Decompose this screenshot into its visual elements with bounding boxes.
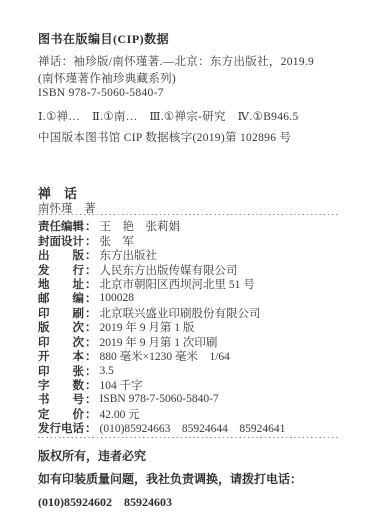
colophon-row-impression: 印 次：2019 年 9 月第 1 次印刷 [38,335,339,349]
colophon-row-price: 定 价：42.00 元 [38,407,339,421]
row-colon: ： [85,420,97,436]
colophon-row-edition: 版 次：2019 年 9 月第 1 版 [38,320,339,334]
colophon-row-sheets: 印 张：3.5 [38,363,339,377]
copyright-page: 图书在版编目(CIP)数据 禅话：袖珍版/南怀瑾著.—北京：东方出版社，2019… [0,0,375,523]
footer-service-phones: (010)85924602 85924603 [38,493,339,510]
colophon-row-postcode: 邮 编：100028 [38,291,339,305]
row-value: 104 千字 [100,377,143,393]
colophon-row-cover-design: 封面设计：张 军 [38,233,339,247]
cip-heading: 图书在版编目(CIP)数据 [38,30,339,47]
colophon-row-distributor: 发 行：人民东方出版传媒有限公司 [38,262,339,276]
colophon-row-printer: 印 刷：北京联兴盛业印刷股份有限公司 [38,306,339,320]
row-value: 3.5 [100,365,114,377]
footer-quality-notice: 如有印装质量问题，我社负责调换，请拨打电话： [38,470,339,487]
row-value: ISBN 978-7-5060-5840-7 [100,393,219,405]
cip-line-series: (南怀瑾著作袖珍典藏系列) [38,70,339,86]
colophon-row-wordcount: 字 数：104 千字 [38,378,339,392]
row-value: 北京市朝阳区西坝河北里 51 号 [100,276,255,292]
cip-line-isbn: ISBN 978-7-5060-5840-7 [38,87,339,99]
colophon-row-address: 地 址：北京市朝阳区西坝河北里 51 号 [38,277,339,291]
dotted-divider-bottom [38,437,339,439]
colophon-row-format: 开 本：880 毫米×1230 毫米 1/64 [38,349,339,363]
dotted-divider-top [38,214,339,216]
cip-line-record: 中国版本图书馆 CIP 数据核字(2019)第 102896 号 [38,129,339,145]
row-value: 880 毫米×1230 毫米 1/64 [100,348,230,364]
footer-copyright-notice: 版权所有，违者必究 [38,447,339,464]
colophon-row-publisher: 出 版：东方出版社 [38,248,339,262]
cip-line-description: 禅话：袖珍版/南怀瑾著.—北京：东方出版社，2019.9 [38,53,339,69]
colophon-row-editor: 责任编辑：王 艳 张莉娟 [38,219,339,233]
colophon-row-sales-phone: 发行电话：(010)85924663 85924644 85924641 [38,421,339,435]
row-label: 发行电话 [38,420,85,436]
cip-line-classification: Ⅰ.①禅… Ⅱ.①南… Ⅲ.①禅宗-研究 Ⅳ.①B946.5 [38,108,339,124]
row-value: 100028 [100,292,135,304]
row-value: (010)85924663 85924644 85924641 [100,420,286,436]
colophon-rows: 责任编辑：王 艳 张莉娟 封面设计：张 军 出 版：东方出版社 发 行：人民东方… [38,219,339,436]
colophon-row-isbn: 书 号：ISBN 978-7-5060-5840-7 [38,392,339,406]
